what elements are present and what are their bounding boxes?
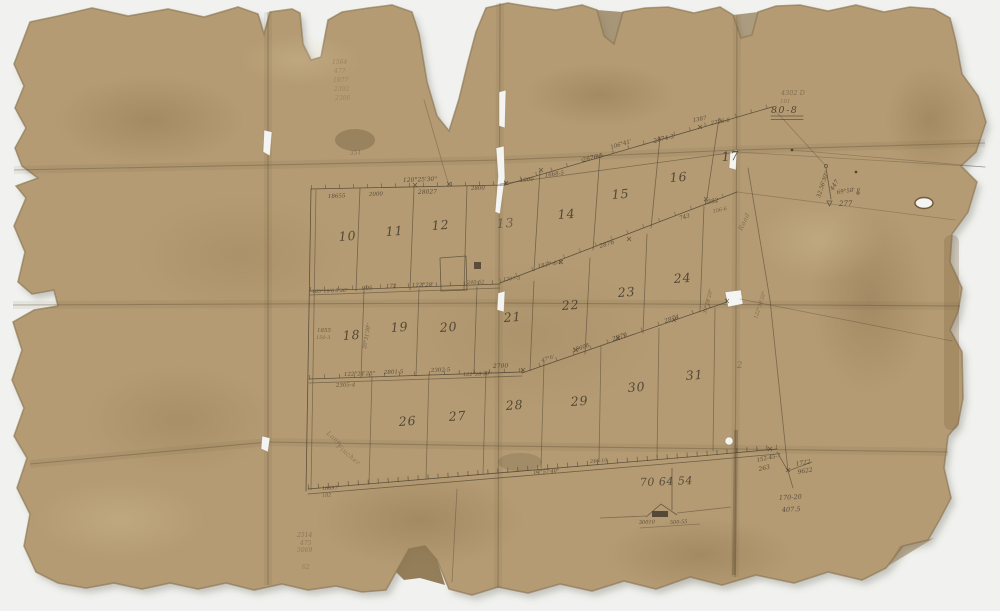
map-label: 122°28'30'' (463, 371, 492, 378)
lot-number: 11 (385, 223, 404, 239)
lot-number: 16 (669, 169, 688, 185)
map-label: 70 64 54 (640, 474, 693, 489)
lot-number: 13 (496, 215, 515, 231)
scan-surface: 80-8 10111213141516171819202122232426272… (0, 0, 1000, 611)
lot-number: 12 (431, 217, 450, 233)
map-label: 2302 (333, 86, 349, 93)
docket-number: 80-8 (771, 105, 798, 116)
lot-number: 15 (611, 186, 630, 202)
lot-number: 19 (390, 319, 409, 335)
map-label: 1307-5 (503, 276, 521, 283)
map-label: 2514 (296, 532, 312, 539)
map-label: 170-20 (779, 493, 802, 502)
map-label: 2305-4 (335, 382, 356, 389)
map-label: 2700 (492, 362, 509, 370)
lot-number: 31 (685, 367, 704, 383)
lot-number: 17 (721, 148, 740, 164)
lot-number: 23 (616, 284, 636, 300)
lot-number: 29 (569, 393, 589, 409)
map-label: 101 (780, 99, 791, 105)
map-label: 5069 (297, 547, 312, 554)
map-label: 172 (386, 284, 397, 290)
map-label: 120°25'30'' (403, 176, 438, 184)
lot-number: 18 (342, 327, 361, 343)
small-building-mark (474, 262, 481, 269)
lot-number: 2 (736, 361, 744, 372)
map-label: 150-3 (316, 335, 330, 341)
map-label: 4302 D (780, 89, 806, 97)
lot-number: 24 (672, 270, 692, 286)
lot-number: 27 (447, 408, 467, 424)
map-label: 18655 (328, 193, 346, 200)
map-label: 1855 (317, 328, 331, 334)
map-label: 1977 (333, 77, 348, 84)
map-label: 122°28' (412, 282, 434, 289)
lot-number: 14 (557, 206, 576, 222)
lot-number: 28 (504, 397, 524, 413)
lot-number: 20 (438, 319, 458, 335)
map-label: 28027 (417, 188, 438, 196)
map-label: 2302-5 (430, 367, 451, 374)
map-label: 477 (333, 68, 346, 75)
map-label: 240-52 (466, 279, 485, 286)
lot-number: 22 (560, 297, 580, 313)
lot-number: 21 (502, 309, 522, 325)
map-label: 407.5 (781, 505, 801, 514)
map-label: 2800 (470, 185, 486, 192)
map-label: 500-55 (670, 519, 688, 526)
map-label: 122°24'25'' (344, 371, 376, 378)
map-label: 2306 (334, 95, 350, 102)
map-label: 1564 (332, 59, 347, 66)
map-label: 277 (838, 200, 853, 208)
map-label: 16697 (322, 485, 339, 492)
lot-number: 10 (338, 228, 357, 244)
survey-map-scan: 80-8 10111213141516171819202122232426272… (0, 0, 1000, 611)
map-label: 182 (322, 493, 332, 499)
map-label: 62 (302, 564, 310, 571)
map-label: 475 (299, 540, 312, 547)
map-label: 905 (362, 286, 373, 292)
map-label: 2000 (368, 191, 384, 198)
map-label: 30010 (639, 519, 656, 526)
lot-number: 26 (397, 413, 417, 429)
lot-number: 30 (627, 379, 646, 395)
map-label: 2801-5 (383, 369, 404, 376)
map-label: 351 (350, 149, 362, 157)
